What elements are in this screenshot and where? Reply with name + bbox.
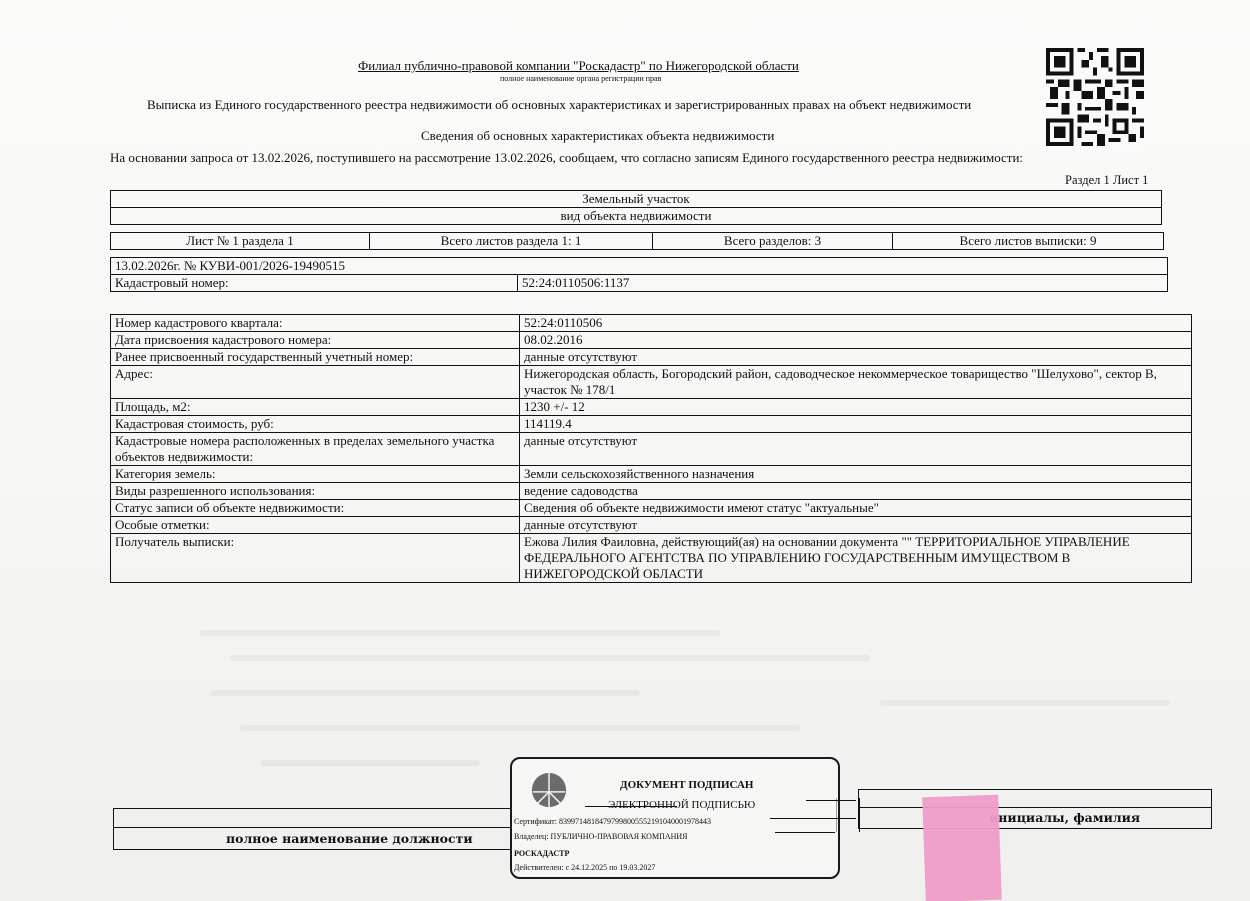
object-type-table: Земельный участок вид объекта недвижимос…	[110, 190, 1162, 225]
table-row: Номер кадастрового квартала:52:24:011050…	[111, 315, 1192, 332]
object-type-caption: вид объекта недвижимости	[111, 208, 1162, 225]
row-label: Особые отметки:	[111, 517, 520, 534]
position-caption: полное наименование должности	[226, 831, 473, 846]
row-label: Получатель выписки:	[111, 534, 520, 583]
cadastral-number-value: 52:24:0110506:1137	[518, 275, 1168, 292]
table-row: Категория земель:Земли сельскохозяйствен…	[111, 466, 1192, 483]
extract-number: 13.02.2026г. № КУВИ-001/2026-19490515	[111, 258, 1168, 275]
row-label: Кадастровые номера расположенных в преде…	[111, 433, 520, 466]
stamp-line	[585, 806, 677, 807]
table-row: Дата присвоения кадастрового номера:08.0…	[111, 332, 1192, 349]
table-row: Получатель выписки:Ежова Лилия Фаиловна,…	[111, 534, 1192, 583]
bleed-through-mark	[880, 700, 1170, 706]
sheets-table: Лист № 1 раздела 1 Всего листов раздела …	[110, 232, 1164, 250]
sticky-note	[922, 795, 1002, 901]
row-label: Номер кадастрового квартала:	[111, 315, 520, 332]
bleed-through-mark	[240, 725, 800, 731]
bleed-through-mark	[230, 655, 870, 661]
organization-caption: полное наименование органа регистрации п…	[500, 74, 661, 83]
row-label: Дата присвоения кадастрового номера:	[111, 332, 520, 349]
table-row: Кадастровые номера расположенных в преде…	[111, 433, 1192, 466]
row-label: Адрес:	[111, 366, 520, 399]
stamp-subtitle: ЭЛЕКТРОННОЙ ПОДПИСЬЮ	[608, 799, 755, 811]
table-row: Кадастровая стоимость, руб:114119.4	[111, 416, 1192, 433]
table-row: Адрес:Нижегородская область, Богородский…	[111, 366, 1192, 399]
stamp-certificate: Сертификат: 8399714818479799800555219104…	[514, 817, 711, 826]
section-reference: Раздел 1 Лист 1	[1065, 173, 1148, 188]
organization-name: Филиал публично-правовой компании "Роска…	[358, 58, 799, 74]
stamp-line	[775, 832, 835, 833]
name-caption: инициалы, фамилия	[989, 810, 1140, 825]
row-value: данные отсутствуют	[520, 517, 1192, 534]
table-row: Ранее присвоенный государственный учетны…	[111, 349, 1192, 366]
row-value: Ежова Лилия Фаиловна, действующий(ая) на…	[520, 534, 1192, 583]
stamp-owner-name: РОСКАДАСТР	[514, 849, 569, 858]
row-label: Площадь, м2:	[111, 399, 520, 416]
row-label: Виды разрешенного использования:	[111, 483, 520, 500]
table-row: Статус записи об объекте недвижимости:Св…	[111, 500, 1192, 517]
row-value: Нижегородская область, Богородский район…	[520, 366, 1192, 399]
row-value: данные отсутствуют	[520, 349, 1192, 366]
table-row: Виды разрешенного использования:ведение …	[111, 483, 1192, 500]
identification-table: 13.02.2026г. № КУВИ-001/2026-19490515 Ка…	[110, 257, 1168, 292]
row-label: Кадастровая стоимость, руб:	[111, 416, 520, 433]
sheet-number: Лист № 1 раздела 1	[111, 233, 370, 250]
document-title: Выписка из Единого государственного реес…	[147, 97, 971, 113]
table-row: Площадь, м2:1230 +/- 12	[111, 399, 1192, 416]
cadastral-number-label: Кадастровый номер:	[111, 275, 518, 292]
stamp-owner: Владелец: ПУБЛИЧНО-ПРАВОВАЯ КОМПАНИЯ	[514, 832, 688, 841]
row-label: Ранее присвоенный государственный учетны…	[111, 349, 520, 366]
sections-total: Всего разделов: 3	[653, 233, 893, 250]
section-title: Сведения об основных характеристиках объ…	[421, 128, 774, 144]
basis-text: На основании запроса от 13.02.2026, пост…	[110, 150, 1023, 166]
row-value: 114119.4	[520, 416, 1192, 433]
stamp-line	[770, 818, 856, 819]
row-value: Земли сельскохозяйственного назначения	[520, 466, 1192, 483]
stamp-validity: Действителен: с 24.12.2025 по 19.03.2027	[514, 863, 655, 872]
row-value: 08.02.2016	[520, 332, 1192, 349]
row-value: 52:24:0110506	[520, 315, 1192, 332]
row-value: 1230 +/- 12	[520, 399, 1192, 416]
stamp-title: ДОКУМЕНТ ПОДПИСАН	[620, 779, 753, 791]
row-value: ведение садоводства	[520, 483, 1192, 500]
roskadastr-logo-icon	[530, 771, 568, 809]
bleed-through-mark	[260, 760, 480, 766]
document-page: Филиал публично-правовой компании "Роска…	[0, 0, 1250, 901]
extract-sheets-total: Всего листов выписки: 9	[893, 233, 1164, 250]
table-row: Особые отметки:данные отсутствуют	[111, 517, 1192, 534]
row-value: данные отсутствуют	[520, 433, 1192, 466]
position-signature-block: полное наименование должности	[113, 808, 511, 850]
stamp-line	[806, 800, 856, 801]
row-label: Категория земель:	[111, 466, 520, 483]
bleed-through-mark	[210, 690, 640, 696]
object-type-value: Земельный участок	[111, 191, 1162, 208]
qr-code-icon	[1044, 48, 1146, 146]
name-signature-block: инициалы, фамилия	[858, 789, 1212, 829]
bleed-through-mark	[200, 630, 720, 636]
section-sheets-total: Всего листов раздела 1: 1	[370, 233, 653, 250]
characteristics-table: Номер кадастрового квартала:52:24:011050…	[110, 314, 1192, 583]
row-value: Сведения об объекте недвижимости имеют с…	[520, 500, 1192, 517]
row-label: Статус записи об объекте недвижимости:	[111, 500, 520, 517]
